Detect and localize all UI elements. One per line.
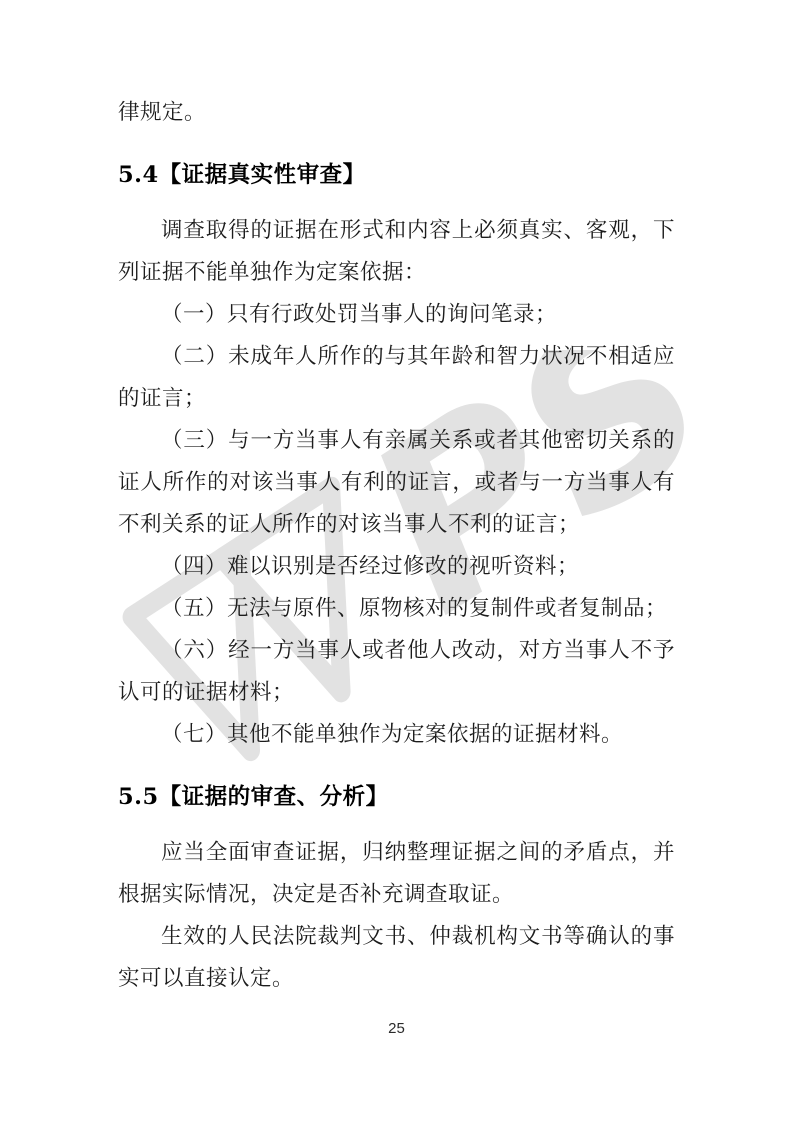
- paragraph-continuation: 律规定。: [118, 92, 675, 134]
- list-item-1: （一）只有行政处罚当事人的询问笔录；: [118, 294, 675, 336]
- list-item-4: （四）难以识别是否经过修改的视听资料；: [118, 546, 675, 588]
- list-item-2: （二）未成年人所作的与其年龄和智力状况不相适应的证言；: [118, 336, 675, 420]
- section-heading-5-5: 5.5【证据的审查、分析】: [118, 781, 675, 813]
- section-heading-5-4: 5.4【证据真实性审查】: [118, 159, 675, 191]
- paragraph: 调查取得的证据在形式和内容上必须真实、客观，下列证据不能单独作为定案依据：: [118, 210, 675, 294]
- list-item-7: （七）其他不能单独作为定案依据的证据材料。: [118, 714, 675, 756]
- page-number: 25: [0, 1020, 793, 1037]
- paragraph: 应当全面审查证据，归纳整理证据之间的矛盾点，并根据实际情况，决定是否补充调查取证…: [118, 832, 675, 916]
- paragraph: 生效的人民法院裁判文书、仲裁机构文书等确认的事实可以直接认定。: [118, 916, 675, 1000]
- list-item-6: （六）经一方当事人或者他人改动，对方当事人不予认可的证据材料；: [118, 630, 675, 714]
- document-page: PS 律规定。 5.4【证据真实性审查】 调查取得的证据在形式和内容上必须真实、…: [0, 0, 793, 1122]
- list-item-5: （五）无法与原件、原物核对的复制件或者复制品；: [118, 588, 675, 630]
- document-content: 律规定。 5.4【证据真实性审查】 调查取得的证据在形式和内容上必须真实、客观，…: [118, 0, 675, 1000]
- list-item-3: （三）与一方当事人有亲属关系或者其他密切关系的证人所作的对该当事人有利的证言，或…: [118, 420, 675, 546]
